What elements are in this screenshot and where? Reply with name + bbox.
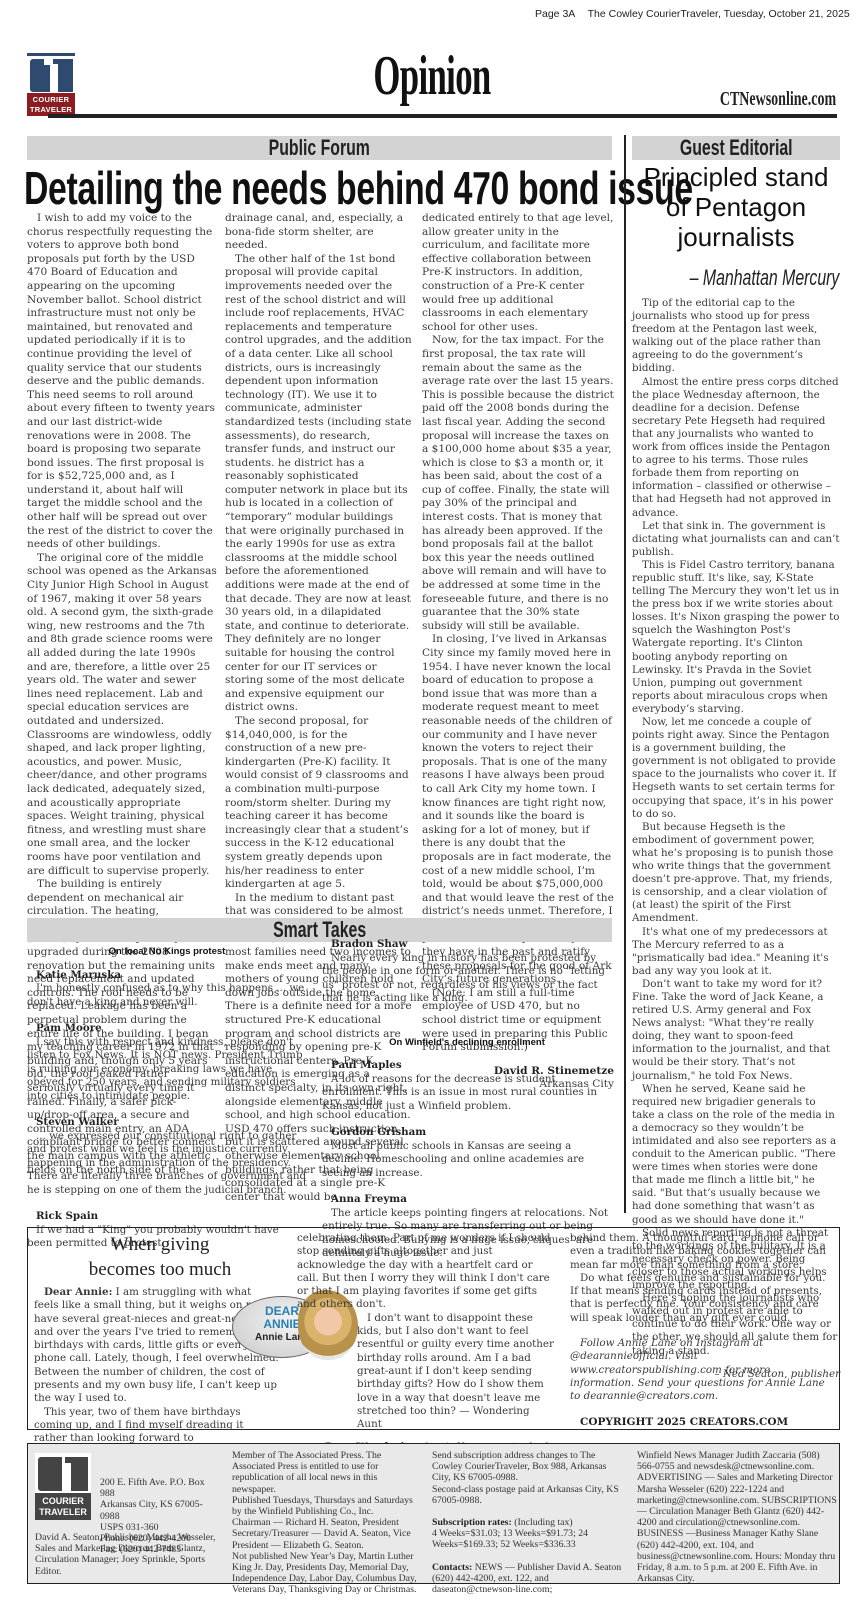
paragraph: Let that sink in. The government is dict… [632, 520, 840, 559]
comment-item: Gordon Grisham Most all public schools i… [322, 1126, 612, 1180]
page-number: Page 3A [535, 8, 575, 20]
courier-traveler-logo[interactable]: COURIER TRAVELER [27, 53, 75, 116]
reply-paragraph: behind them. A thoughtful card, a phone … [570, 1232, 833, 1272]
paper-date: The Cowley CourierTraveler, Tuesday, Oct… [588, 8, 850, 20]
paragraph: dedicated entirely to that age level, al… [422, 212, 614, 334]
paragraph: It's what one of my predecessors at The … [632, 926, 840, 978]
commenter-name: Katie Maruska [27, 969, 307, 983]
commenter-name: Rick Spain [27, 1210, 307, 1224]
paragraph: When he served, Keane said he required n… [632, 1083, 840, 1227]
paragraph: This is Fidel Castro territory, banana r… [632, 559, 840, 716]
letter-salutation: Dear Annie: [44, 1286, 112, 1298]
comment-item: Paul Maples A lot of reasons for the dec… [322, 1059, 612, 1113]
topic-heading: On local No Kings protest [27, 945, 307, 959]
commenter-name: Steven Walker [27, 1116, 307, 1130]
article-headline: Detailing the needs behind 470 bond issu… [24, 163, 465, 213]
letter-paragraph: This year, two of them have birthdays co… [34, 1406, 279, 1446]
comment-item: Steven Walker ... we expressed our const… [27, 1116, 307, 1197]
contacts-list: Winfield News Manager Judith Zaccaria (5… [637, 1450, 837, 1584]
advice-headline: When giving becomes too much [45, 1232, 275, 1282]
masthead-divider [48, 114, 837, 118]
subscription-info: Send subscription address changes to The… [432, 1450, 627, 1595]
topic-heading: On Winfield's declining enrollment [322, 1036, 612, 1050]
smart-takes-left-column: On local No Kings protest Katie Maruska … [27, 945, 307, 1264]
publication-notes: Member of The Associated Press. The Asso… [232, 1450, 422, 1596]
advice-column-3: behind them. A thoughtful card, a phone … [570, 1232, 833, 1429]
paragraph: Almost the entire press corps ditched th… [632, 376, 840, 520]
editorial-body: Tip of the editorial cap to the journali… [632, 297, 840, 1381]
paragraph: Don’t want to take my word for it? Fine.… [632, 978, 840, 1083]
commenter-name: Paul Maples [322, 1059, 612, 1073]
paragraph: I wish to add my voice to the chorus res… [27, 212, 217, 552]
staff-list: David A. Seaton, Publisher; Marsha Wesse… [35, 1532, 225, 1577]
commenter-name: Pam Moore [27, 1022, 307, 1036]
commenter-name: Bradon Shaw [322, 938, 612, 952]
subscription-rates: 4 Weeks=$31.03; 13 Weeks=$91.73; 24 Week… [432, 1528, 627, 1550]
letter-paragraph: I don't want to disappoint these kids, b… [297, 1312, 557, 1432]
letter-paragraph: celebrating them. Part of me wonders if … [297, 1232, 557, 1312]
paragraph: The original core of the middle school w… [27, 552, 217, 878]
reply-paragraph: Do what feels genuine and sustainable fo… [570, 1272, 833, 1325]
smart-takes-right-column: Bradon Shaw Nearly every king in history… [322, 938, 612, 1274]
paragraph: drainage canal, and, especially, a bona-… [225, 212, 413, 253]
paragraph: The second proposal, for $14,040,000, is… [225, 715, 413, 892]
commenter-name: Anna Freyma [322, 1193, 612, 1207]
comment-item: Katie Maruska I'm honestly confused as t… [27, 969, 307, 1010]
commenter-name: Gordon Grisham [322, 1126, 612, 1140]
logo-wordmark: COURIER TRAVELER [27, 93, 75, 116]
paragraph: Now, let me concede a couple of points r… [632, 716, 840, 821]
footer-logo: COURIER TRAVELER [35, 1453, 91, 1520]
comment-item: Pam Moore I say this with respect and ki… [27, 1022, 307, 1103]
website-link[interactable]: CTNewsonline.com [720, 88, 836, 111]
public-forum-header: Public Forum [27, 136, 612, 160]
comment-text: Nearly every king in history has been pr… [322, 952, 612, 1006]
column-divider [624, 135, 626, 1213]
comment-text: A lot of reasons for the decrease is stu… [322, 1073, 612, 1114]
comment-text: Most all public schools in Kansas are se… [322, 1140, 612, 1181]
comment-item: Bradon Shaw Nearly every king in history… [322, 938, 612, 1006]
ct-monogram-icon [27, 53, 75, 93]
comment-text: I'm honestly confused as to why this hap… [27, 982, 307, 1009]
paragraph: Now, for the tax impact. For the first p… [422, 334, 614, 633]
follow-note: Follow Annie Lane on Instagram at @deara… [570, 1337, 833, 1403]
comment-text: I say this with respect and kindness, pl… [27, 1036, 307, 1104]
paragraph: But because Hegseth is the embodiment of… [632, 821, 840, 926]
editorial-source: – Manhattan Mercury [690, 265, 838, 291]
page-dateline: Page 3A The Cowley CourierTraveler, Tues… [535, 8, 850, 20]
comment-text: ... we expressed our constitutional righ… [27, 1130, 307, 1198]
guest-editorial-header: Guest Editorial [632, 136, 840, 160]
paragraph: The other half of the 1st bond proposal … [225, 253, 413, 715]
section-title: Opinion [164, 44, 700, 108]
copyright-line: COPYRIGHT 2025 CREATORS.COM [570, 1416, 833, 1429]
paragraph: Tip of the editorial cap to the journali… [632, 297, 840, 376]
editorial-headline: Principled stand of Pentagon journalists [632, 162, 840, 252]
